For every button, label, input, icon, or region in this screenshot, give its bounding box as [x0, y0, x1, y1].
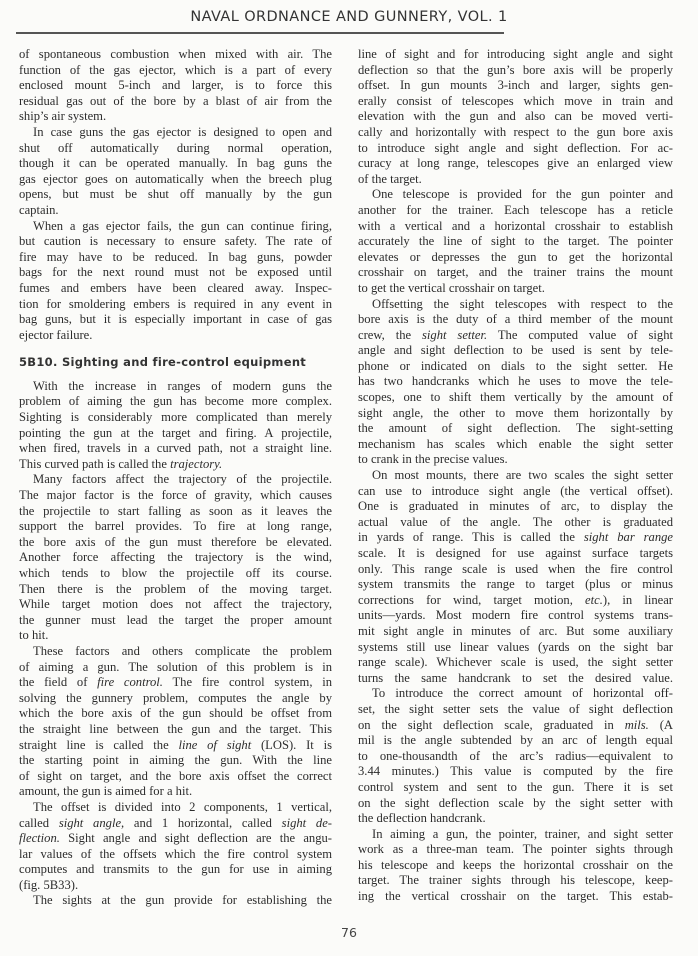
text-line: In case guns the gas ejector is designed…: [19, 125, 332, 141]
text-run: the field of: [19, 675, 97, 689]
text-line: bags for the next round must not be expo…: [19, 265, 332, 281]
text-line: fumes and embers have been cleared away.…: [19, 281, 332, 297]
text-line: turns the same handcrank to set the desi…: [358, 671, 673, 687]
italic-term: sight de-: [282, 816, 332, 830]
italic-term: sight setter.: [422, 328, 487, 342]
text-line: captain.: [19, 203, 332, 219]
paragraph: With the increase in ranges of modern gu…: [19, 379, 332, 473]
text-line: though it can be operated manually. In b…: [19, 156, 332, 172]
text-run: (A: [649, 718, 673, 732]
text-line: his telescope and keeps the horizontal c…: [358, 858, 673, 874]
text-line: of aiming a gun. The solution of this pr…: [19, 660, 332, 676]
text-line: In aiming a gun, the pointer, trainer, a…: [358, 827, 673, 843]
left-column: of spontaneous combustion when mixed wit…: [19, 47, 332, 909]
text-line: With the increase in ranges of modern gu…: [19, 379, 332, 395]
text-line: the gunner must lead the target the prop…: [19, 613, 332, 629]
text-line: crosshair on target, and the trainer tra…: [358, 265, 673, 281]
paragraph: In case guns the gas ejector is designed…: [19, 125, 332, 219]
text-line: but caution is necessary to ensure safet…: [19, 234, 332, 250]
page-number: 76: [0, 925, 698, 940]
text-line: accurately the line of sight to the targ…: [358, 234, 673, 250]
text-line: to get the vertical crosshair on target.: [358, 281, 673, 297]
text-line: the bore axis of the gun must therefore …: [19, 535, 332, 551]
text-line: erally consist of telescopes which move …: [358, 94, 673, 110]
text-run: The fire control system, in: [163, 675, 332, 689]
italic-term: line of sight: [178, 738, 251, 752]
text-line: curacy at long range, telescopes give an…: [358, 156, 673, 172]
text-line: of the target.: [358, 172, 673, 188]
text-line: only. This range scale is used when the …: [358, 562, 673, 578]
text-run: ), in linear: [603, 593, 673, 607]
text-line: actual value of the angle. The other is …: [358, 515, 673, 531]
paragraph: These factors and others complicate the …: [19, 644, 332, 800]
text-line: tion for smoldering embers is required i…: [19, 297, 332, 313]
text-line: The sights at the gun provide for establ…: [19, 893, 332, 909]
text-line: bore axis is the duty of a third member …: [358, 312, 673, 328]
italic-term: sight bar range: [584, 530, 673, 544]
paragraph: The sights at the gun provide for establ…: [19, 893, 332, 909]
italic-term: trajectory.: [170, 457, 222, 471]
text-line: line of sight and for introducing sight …: [358, 47, 673, 63]
text-line: enclosed mount 5-inch and larger, is to …: [19, 78, 332, 94]
text-line: On most mounts, there are two scales the…: [358, 468, 673, 484]
text-line: the deflection handcrank.: [358, 811, 673, 827]
text-line: One telescope is provided for the gun po…: [358, 187, 673, 203]
text-line: solving the gunnery problem, computes th…: [19, 691, 332, 707]
text-line: of sight on target, and the bore axis of…: [19, 769, 332, 785]
text-line: phone or indicated on dials to the sight…: [358, 359, 673, 375]
text-line: the amount of sight deflection. The sigh…: [358, 421, 673, 437]
text-line: ing the vertical crosshair on the target…: [358, 889, 673, 905]
text-line: To introduce the correct amount of horiz…: [358, 686, 673, 702]
text-run: The computed value of sight: [487, 328, 673, 342]
text-line: to hit.: [19, 628, 332, 644]
text-line: shut off automatically during normal ope…: [19, 141, 332, 157]
text-line: in yards of range. This is called the si…: [358, 530, 673, 546]
italic-term: etc.: [585, 593, 603, 607]
italic-term: fire control.: [97, 675, 163, 689]
text-line: Many factors affect the trajectory of th…: [19, 472, 332, 488]
paragraph: In aiming a gun, the pointer, trainer, a…: [358, 827, 673, 905]
text-line: target. The trainer sights through his t…: [358, 873, 673, 889]
text-line: with a vertical and a horizontal crossha…: [358, 219, 673, 235]
text-line: offset. In gun mounts 3-inch and larger,…: [358, 78, 673, 94]
text-line: scopes, one to shift them vertically by …: [358, 390, 673, 406]
text-line: sight angle, the other to move them hori…: [358, 406, 673, 422]
text-line: crew, the sight setter. The computed val…: [358, 328, 673, 344]
header-rule: [16, 32, 504, 34]
text-line: Sighting is considerably more complicate…: [19, 410, 332, 426]
text-line: amount, the gun is aimed for a hit.: [19, 784, 332, 800]
paragraph: To introduce the correct amount of horiz…: [358, 686, 673, 826]
text-line: The offset is divided into 2 components,…: [19, 800, 332, 816]
text-run: on the sight deflection scale, graduated…: [358, 718, 625, 732]
text-line: fire may have to be reduced. In bag guns…: [19, 250, 332, 266]
text-line: When a gas ejector fails, the gun can co…: [19, 219, 332, 235]
text-line: to crank in the precise values.: [358, 452, 673, 468]
text-run: and 1 horizontal, called: [124, 816, 281, 830]
text-line: to introduce sight angle and sight defle…: [358, 141, 673, 157]
text-line: mil is the angle subtended by an arc of …: [358, 733, 673, 749]
paragraph: The offset is divided into 2 components,…: [19, 800, 332, 894]
text-line: straight line is called the line of sigh…: [19, 738, 332, 754]
paragraph: One telescope is provided for the gun po…: [358, 187, 673, 296]
paragraph: of spontaneous combustion when mixed wit…: [19, 47, 332, 125]
text-line: These factors and others complicate the …: [19, 644, 332, 660]
text-line: lar values of the offsets which the fire…: [19, 847, 332, 863]
text-line: (fig. 5B33).: [19, 878, 332, 894]
italic-term: sight angle,: [59, 816, 124, 830]
text-line: support the barrel provides. To fire at …: [19, 519, 332, 535]
text-line: cally and horizontally with respect to t…: [358, 125, 673, 141]
text-line: pointing the gun at the target and firin…: [19, 426, 332, 442]
text-line: called sight angle, and 1 horizontal, ca…: [19, 816, 332, 832]
text-line: on the sight deflection scale by the sig…: [358, 796, 673, 812]
text-line: the straight line between the gun and th…: [19, 722, 332, 738]
text-line: the projectile to start falling as soon …: [19, 504, 332, 520]
text-line: the starting point in aiming the gun. Wi…: [19, 753, 332, 769]
text-line: ship’s air system.: [19, 109, 332, 125]
text-line: corrections for wind, target motion, etc…: [358, 593, 673, 609]
text-line: can use to introduce sight angle (the ve…: [358, 484, 673, 500]
text-run: corrections for wind, target motion,: [358, 593, 585, 607]
text-line: bag guns, but it is especially important…: [19, 312, 332, 328]
section-heading: 5B10. Sighting and fire-control equipmen…: [19, 355, 332, 371]
text-line: mechanism has scales which enable the si…: [358, 437, 673, 453]
text-line: another for the trainer. Each telescope …: [358, 203, 673, 219]
text-run: crew, the: [358, 328, 422, 342]
paragraph: Offsetting the sight telescopes with res…: [358, 297, 673, 469]
text-line: Offsetting the sight telescopes with res…: [358, 297, 673, 313]
text-line: system transmits the range to target (pl…: [358, 577, 673, 593]
text-line: the field of fire control. The fire cont…: [19, 675, 332, 691]
paragraph: On most mounts, there are two scales the…: [358, 468, 673, 686]
text-line: The major factor is the force of gravity…: [19, 488, 332, 504]
text-run: Sight angle and sight deflection are the…: [60, 831, 332, 845]
text-run: (LOS). It is: [251, 738, 332, 752]
text-line: which the bore axis of the gun should be…: [19, 706, 332, 722]
text-line: computes and transmits to the gun for us…: [19, 862, 332, 878]
text-line: which tends to blow the projectile off i…: [19, 566, 332, 582]
running-head-title: NAVAL ORDNANCE AND GUNNERY, VOL. 1: [0, 9, 698, 25]
text-line: units—yards. Most modern fire control sy…: [358, 608, 673, 624]
text-line: has two handcranks which he uses to move…: [358, 374, 673, 390]
text-line: systems still use linear values (yards o…: [358, 640, 673, 656]
italic-term: flection.: [19, 831, 60, 845]
right-column: line of sight and for introducing sight …: [358, 47, 673, 905]
page-header: NAVAL ORDNANCE AND GUNNERY, VOL. 1: [0, 0, 698, 34]
text-line: Another force affecting the trajectory i…: [19, 550, 332, 566]
text-line: elevates or depresses the gun to get the…: [358, 250, 673, 266]
text-line: when fired, travels in a curved path, no…: [19, 441, 332, 457]
text-line: ejector failure.: [19, 328, 332, 344]
text-run: called: [19, 816, 59, 830]
text-line: 3.44 minutes.) This value is computed by…: [358, 764, 673, 780]
text-line: of spontaneous combustion when mixed wit…: [19, 47, 332, 63]
text-line: opens, but must be shut off manually by …: [19, 187, 332, 203]
text-run: This curved path is called the: [19, 457, 170, 471]
italic-term: mils.: [625, 718, 649, 732]
text-line: range scale). Whichever scale is used, t…: [358, 655, 673, 671]
text-line: One is graduated in minutes of arc, to d…: [358, 499, 673, 515]
text-line: Then there is the problem of the moving …: [19, 582, 332, 598]
text-line: gas ejector goes on automatically when t…: [19, 172, 332, 188]
text-line: While target motion does not affect the …: [19, 597, 332, 613]
text-line: residual gas out of the bore by a blast …: [19, 94, 332, 110]
paragraph: Many factors affect the trajectory of th…: [19, 472, 332, 644]
text-line: deflection so that the gun’s bore axis w…: [358, 63, 673, 79]
paragraph: line of sight and for introducing sight …: [358, 47, 673, 187]
text-run: in yards of range. This is called the: [358, 530, 584, 544]
text-line: elevation with the gun and also can be m…: [358, 109, 673, 125]
text-line: on the sight deflection scale, graduated…: [358, 718, 673, 734]
text-line: problem of aiming the gun has become mor…: [19, 394, 332, 410]
text-line: control system and sent to the gun. Ther…: [358, 780, 673, 796]
text-line: set, the sight setter sets the value of …: [358, 702, 673, 718]
text-line: angle and sight deflection to be used is…: [358, 343, 673, 359]
text-line: function of the gas ejector, which is a …: [19, 63, 332, 79]
text-line: scale. It is designed for use against su…: [358, 546, 673, 562]
text-line: work as a three-man team. The pointer si…: [358, 842, 673, 858]
text-line: mit sight angle in minutes of arc. But s…: [358, 624, 673, 640]
text-line: to one-thousandth of the arc’s radius—eq…: [358, 749, 673, 765]
text-run: straight line is called the: [19, 738, 178, 752]
paragraph: When a gas ejector fails, the gun can co…: [19, 219, 332, 344]
text-line: This curved path is called the trajector…: [19, 457, 332, 473]
text-line: flection. Sight angle and sight deflecti…: [19, 831, 332, 847]
